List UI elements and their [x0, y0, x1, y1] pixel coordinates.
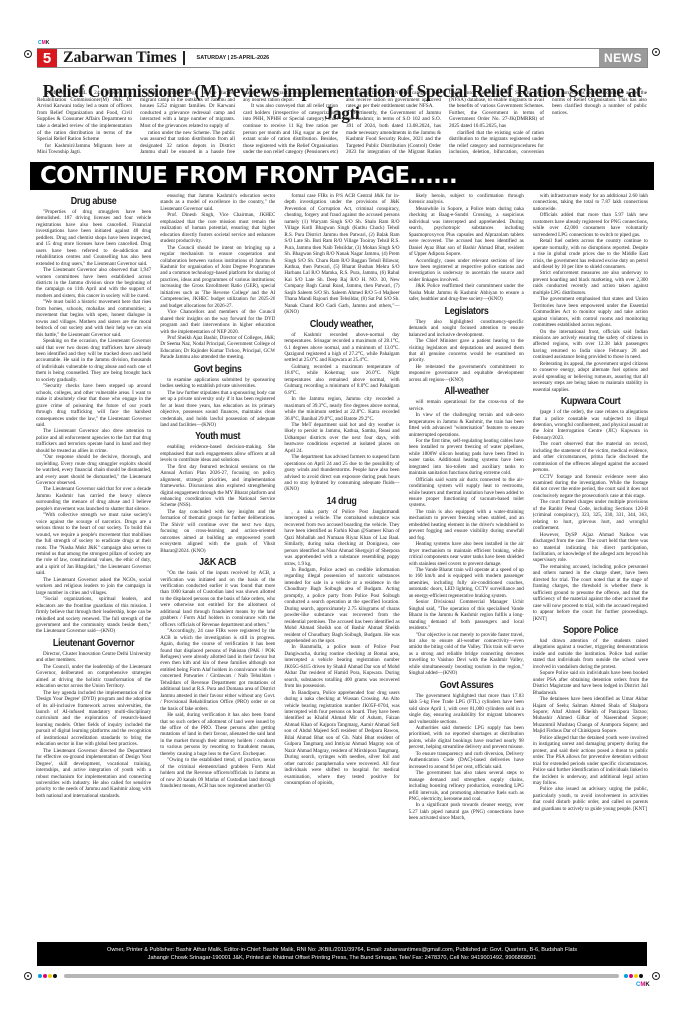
column-4: likely heroin, subject to confirmation t…	[409, 193, 524, 930]
story-paragraph: The Lieutenant Governor also observed th…	[36, 267, 151, 299]
story-paragraph: The law further stipulates that a sponso…	[160, 390, 275, 429]
story-paragraph: "Accordingly, 24 case FIRs were register…	[160, 628, 275, 712]
story-paragraph: had drawn attention of the students rais…	[533, 638, 648, 670]
black-dot-icon	[639, 974, 643, 978]
story-paragraph: The department has advised farmers to su…	[284, 454, 399, 493]
lead-paragraph: Mini Township Jagti is the largest migra…	[140, 90, 235, 130]
black-dot-icon	[53, 974, 57, 978]
story-paragraph: He said, during verification it has also…	[160, 712, 275, 757]
story-paragraph: Speaking on the occasion, the Lieutenant…	[36, 338, 151, 383]
story-paragraph: with infrastructure ready for an additio…	[533, 193, 648, 212]
magenta-dot-icon	[43, 974, 47, 978]
story-paragraph: They also highlighted constituency-speci…	[409, 319, 524, 338]
column-3: formal case FIRs in P/S ACB Central J&K …	[284, 193, 399, 930]
story-heading: Drug abuse	[45, 195, 143, 208]
story-paragraph: to examine applications submitted by spo…	[160, 377, 275, 390]
column-1: Drug abuse"Properties of drug smugglers …	[36, 193, 151, 930]
story-paragraph: of Kashmir recorded above-normal day tem…	[284, 332, 399, 364]
story-paragraph: Reiterating its appeal, the government u…	[533, 361, 648, 393]
story-paragraph: Officials said warm air ducts connected …	[409, 477, 524, 509]
story-paragraph: The government highlighted that more tha…	[409, 693, 524, 725]
yellow-dot-icon	[48, 974, 52, 978]
story-paragraph: The government emphasised that states an…	[533, 296, 648, 328]
story-paragraph: Senior Divisional Commercial Manager Uch…	[409, 599, 524, 631]
story-paragraph: Retail fuel outlets across the country c…	[533, 238, 648, 270]
gray-registration-bar	[64, 974, 619, 978]
yellow-dot-icon	[634, 974, 638, 978]
story-paragraph: In the Jammu region, Jammu city recorded…	[284, 396, 399, 422]
registration-mark-icon	[652, 972, 660, 980]
story-paragraph: Officials added that more than 5.97 lakh…	[533, 212, 648, 238]
story-heading: J&K ACB	[169, 556, 267, 569]
story-paragraph: The Chief Minister gave a patient hearin…	[409, 338, 524, 364]
story-heading: All-weather	[417, 385, 515, 398]
story-paragraph: Police alleged that the detained youth w…	[533, 735, 648, 787]
story-paragraph: However, DySP Aijaz Ahmad Naikoo was dis…	[533, 532, 648, 564]
story-paragraph: The detainees have been identified as Um…	[533, 696, 648, 735]
story-paragraph: In view of the challenging terrain and s…	[409, 412, 524, 438]
story-heading: Lieutenant Governor	[45, 637, 143, 650]
story-paragraph: In Budgam, Police acted on credible info…	[284, 567, 399, 644]
story-paragraph: The Council should be intent on bringing…	[160, 245, 275, 310]
lead-story: JAMMU, APRIL 24: Relief & Rehabilitation…	[37, 90, 647, 158]
story-paragraph: CCTV footage and forensic evidence were …	[533, 474, 648, 500]
story-paragraph: "Our response should be decisive, thorou…	[36, 454, 151, 486]
story-paragraph: The MeT department said hot and dry weat…	[284, 422, 399, 454]
cmyk-color-mark: CMK	[38, 40, 49, 46]
story-paragraph: (page 1 of the order), the case relates …	[533, 409, 648, 441]
story-heading: 14 drug	[293, 495, 391, 508]
story-paragraph: "We must build a historic movement here …	[36, 299, 151, 338]
column-2: ensuring that Jammu Kashmir's education …	[160, 193, 275, 930]
story-paragraph: In Bandipora, Police apprehended four dr…	[284, 690, 399, 787]
story-heading: Govt Assures	[417, 679, 515, 692]
story-paragraph: In Baramulla, a police team of Police Po…	[284, 644, 399, 689]
masthead: 5 Zabarwan Times SATURDAY | 25-APRIL-202…	[37, 48, 648, 68]
story-paragraph: The first day featured technical session…	[160, 464, 275, 509]
page-number: 5	[37, 49, 57, 67]
story-paragraph: J&K Police reaffirmed their commitment u…	[409, 283, 524, 302]
lead-paragraph: JAMMU, APRIL 24: Relief & Rehabilitation…	[37, 90, 132, 143]
cyan-dot-icon	[624, 974, 628, 978]
story-paragraph: The key agenda included the implementati…	[36, 690, 151, 748]
story-paragraph: The government has also taken several st…	[409, 770, 524, 802]
story-paragraph: The court framed charges under multiple …	[533, 499, 648, 531]
section-tag: NEWS	[599, 49, 647, 67]
story-paragraph: Accordingly, cases under relevant sectio…	[409, 258, 524, 284]
story-paragraph: The Lieutenant Governor asked the NGOs, …	[36, 577, 151, 596]
story-paragraph: likely heroin, subject to confirmation t…	[409, 193, 524, 206]
story-paragraph: He reiterated the government's commitmen…	[409, 364, 524, 383]
story-paragraph: For the first time, self-regulating heat…	[409, 438, 524, 477]
story-paragraph: will remain operational for the cross-ru…	[409, 399, 524, 412]
story-paragraph: , a naka party of Police Post Janglatman…	[284, 509, 399, 567]
story-paragraph: The day concluded with key insights and …	[160, 509, 275, 554]
story-paragraph: The court observed that the material on …	[533, 441, 648, 473]
story-paragraph: "With collective strength we must raise …	[36, 512, 151, 577]
story-paragraph: In a significant push towards cleaner en…	[409, 802, 524, 821]
magenta-dot-icon	[629, 974, 633, 978]
story-paragraph: Director, Cluster Innovation Centre Delh…	[36, 651, 151, 664]
story-heading: Youth must	[169, 430, 267, 443]
color-bar-right	[624, 974, 643, 978]
cmyk-color-mark: CMK	[636, 982, 650, 988]
story-paragraph: "Our objective is not merely to provide …	[409, 632, 524, 677]
story-paragraph: The Council, under the leadership of the…	[36, 664, 151, 690]
column-5: with infrastructure ready for an additio…	[533, 193, 648, 930]
story-paragraph: "On the basis of the inputs received by …	[160, 570, 275, 628]
lead-paragraph: for Kashmiri/Jammu Migrants here at Mini…	[37, 143, 132, 156]
story-paragraph: Meanwhile in Sopore, a Police team durin…	[409, 206, 524, 258]
story-heading: Govt begins	[169, 363, 267, 376]
registration-mark-icon	[24, 972, 32, 980]
story-paragraph: The Lieutenant Governor said that for ov…	[36, 486, 151, 512]
story-paragraph: The train is also equipped with a water-…	[409, 509, 524, 541]
story-paragraph: formal case FIRs in P/S ACB Central J&K …	[284, 193, 399, 316]
date-line: SATURDAY | 25-APRIL-2026	[185, 49, 599, 67]
story-paragraph: Vice Chancellors and members of the Coun…	[160, 309, 275, 335]
continue-banner: CONTINUE FROM FRONT PAGE......	[30, 162, 654, 190]
story-paragraph: The Vande Bharat train will operate at a…	[409, 567, 524, 599]
story-heading: Cloudy weather,	[293, 318, 391, 331]
story-paragraph: "Owing to the established trend, of prac…	[160, 757, 275, 789]
newspaper-name: Zabarwan Times	[57, 51, 185, 65]
story-paragraph: Gulmarg recorded a maximum temperature o…	[284, 364, 399, 396]
color-bar-left	[38, 974, 57, 978]
story-paragraph: "Security checks have been stepped up ar…	[36, 383, 151, 428]
story-heading: Kupwara Court	[541, 395, 639, 408]
story-paragraph: Sopore Police said six individuals have …	[533, 670, 648, 696]
story-paragraph: Prof. Dinesh Singh, Vice Chairman, JKHEC…	[160, 212, 275, 244]
registration-mark-icon	[652, 48, 660, 56]
story-heading: Sopore Police	[541, 624, 639, 637]
story-paragraph: enabling evidence-based decision-making.…	[160, 444, 275, 463]
story-paragraph: "Properties of drug smugglers have been …	[36, 209, 151, 267]
continuation-columns: Drug abuse"Properties of drug smugglers …	[36, 193, 648, 930]
story-paragraph: Heating systems have also been installed…	[409, 541, 524, 567]
imprint-footer: Owner, Printer & Publisher: Bashir Athar…	[37, 942, 647, 966]
story-paragraph: Strict enforcement measures are also und…	[533, 270, 648, 296]
imprint-line-1: Owner, Printer & Publisher: Bashir Athar…	[37, 946, 647, 954]
story-paragraph: On the international front, officials sa…	[533, 329, 648, 361]
story-paragraph: "Social organizations, spiritual leaders…	[36, 596, 151, 635]
story-paragraph: Prof Sheikh Ajaz Bashir, Director of Col…	[160, 335, 275, 361]
cyan-dot-icon	[38, 974, 42, 978]
story-paragraph: The Lieutenant Governor directed the Dep…	[36, 748, 151, 800]
story-paragraph: The remaining accused, including police …	[533, 564, 648, 622]
story-paragraph: The Lieutenant Governor also drew attent…	[36, 428, 151, 454]
story-paragraph: Police also issued an advisory urging th…	[533, 786, 648, 812]
story-paragraph: ensuring that Jammu Kashmir's education …	[160, 193, 275, 212]
story-heading: Legislators	[417, 305, 515, 318]
imprint-line-2: Jahangir Chowk Srinagar-190001 J&K, Prin…	[37, 954, 647, 962]
story-paragraph: Authorities said domestic LPG supply has…	[409, 725, 524, 751]
story-paragraph: To ensure transparency and curb diversio…	[409, 751, 524, 770]
registration-mark-icon	[24, 50, 32, 58]
